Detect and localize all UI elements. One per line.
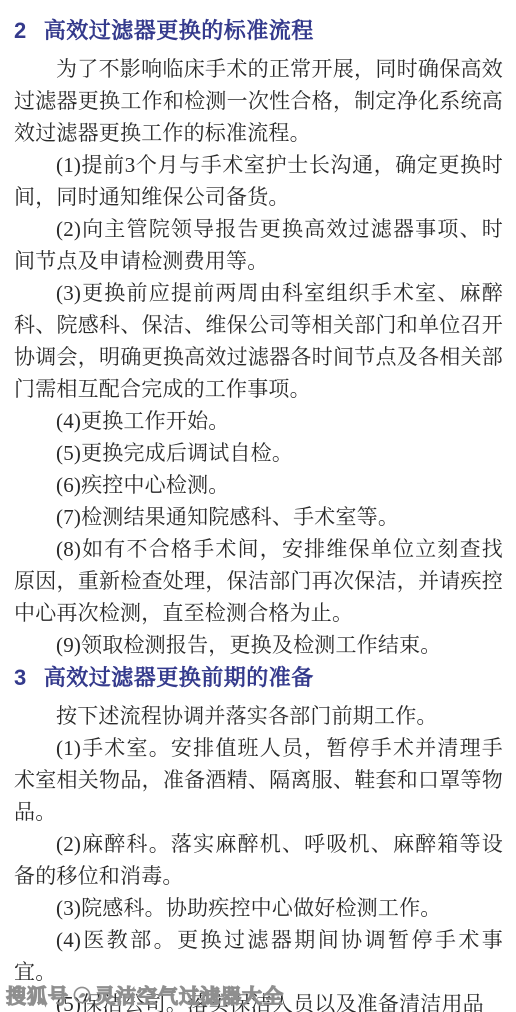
watermark: 搜狐号 灵洁空气过滤器大全 xyxy=(6,980,284,1009)
paragraph: 按下述流程协调并落实各部门前期工作。 xyxy=(14,700,503,732)
paragraph: (7)检测结果通知院感科、手术室等。 xyxy=(14,501,503,533)
paragraph: (4)医教部。更换过滤器期间协调暂停手术事宜。 xyxy=(14,924,503,988)
paragraph: (6)疾控中心检测。 xyxy=(14,469,503,501)
section-number: 3 xyxy=(14,663,27,693)
watermark-account-name: 灵洁空气过滤器大全 xyxy=(95,980,284,1009)
sohu-fox-icon xyxy=(73,986,91,1004)
sohu-platform-label: 搜狐号 xyxy=(6,980,69,1009)
paragraph: (4)更换工作开始。 xyxy=(14,405,503,437)
paragraph: 为了不影响临床手术的正常开展，同时确保高效过滤器更换工作和检测一次性合格，制定净… xyxy=(14,53,503,149)
section-title: 高效过滤器更换的标准流程 xyxy=(44,18,314,43)
section-heading: 2高效过滤器更换的标准流程 xyxy=(14,16,503,46)
paragraph: (5)更换完成后调试自检。 xyxy=(14,437,503,469)
paragraph: (1)提前3个月与手术室护士长沟通，确定更换时间，同时通知维保公司备货。 xyxy=(14,149,503,213)
paragraph: (2)麻醉科。落实麻醉机、呼吸机、麻醉箱等设备的移位和消毒。 xyxy=(14,828,503,892)
section-heading: 3高效过滤器更换前期的准备 xyxy=(14,663,503,693)
document-body: 2高效过滤器更换的标准流程为了不影响临床手术的正常开展，同时确保高效过滤器更换工… xyxy=(14,16,503,1012)
section-title: 高效过滤器更换前期的准备 xyxy=(44,665,314,690)
paragraph: (1)手术室。安排值班人员，暂停手术并清理手术室相关物品，准备酒精、隔离服、鞋套… xyxy=(14,732,503,828)
paragraph: (2)向主管院领导报告更换高效过滤器事项、时间节点及申请检测费用等。 xyxy=(14,213,503,277)
section-number: 2 xyxy=(14,16,27,46)
document-page: 2高效过滤器更换的标准流程为了不影响临床手术的正常开展，同时确保高效过滤器更换工… xyxy=(0,0,516,1012)
paragraph: (3)更换前应提前两周由科室组织手术室、麻醉科、院感科、保洁、维保公司等相关部门… xyxy=(14,277,503,405)
paragraph: (3)院感科。协助疾控中心做好检测工作。 xyxy=(14,892,503,924)
paragraph: (8)如有不合格手术间，安排维保单位立刻查找原因，重新检查处理，保洁部门再次保洁… xyxy=(14,533,503,629)
paragraph: (9)领取检测报告，更换及检测工作结束。 xyxy=(14,629,503,661)
